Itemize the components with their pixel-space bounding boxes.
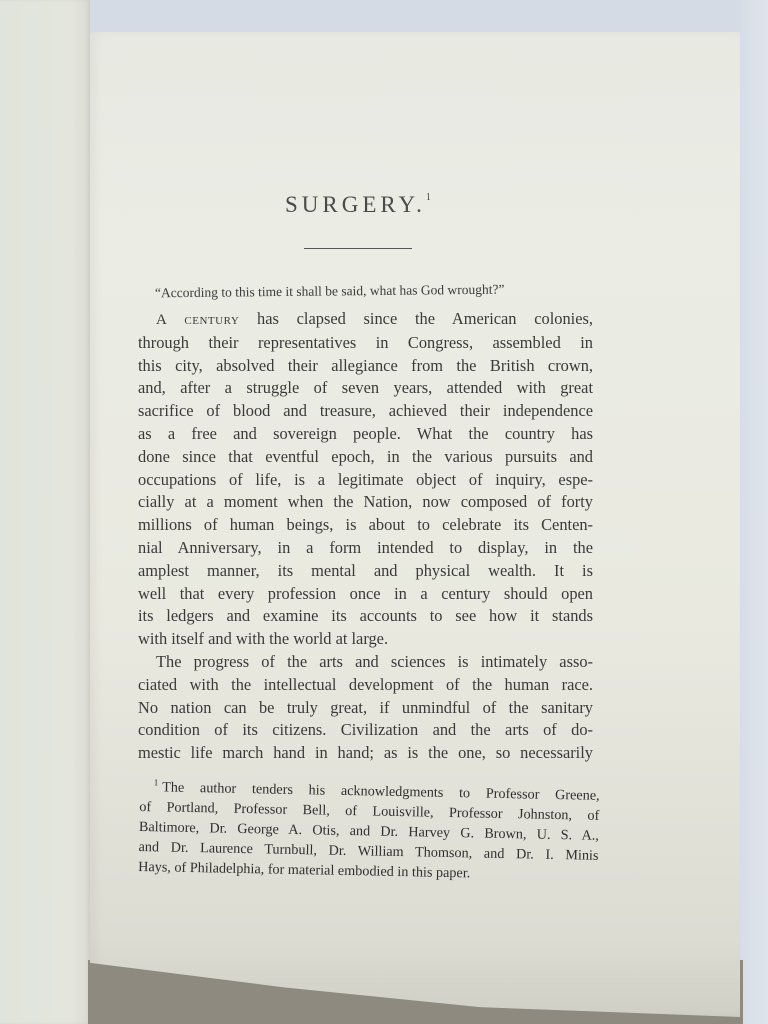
text-line: this city, absolved their allegiance fro… (138, 355, 593, 378)
text-line: cially at a moment when the Nation, now … (138, 491, 593, 514)
text-line: sacrifice of blood and treasure, achieve… (138, 400, 593, 423)
text-line: occupations of life, is a legitimate obj… (138, 469, 593, 492)
backdrop-right (740, 0, 768, 1024)
text-line: millions of human beings, is about to ce… (138, 514, 593, 537)
paragraph-1: A century has clapsed since the American… (138, 308, 593, 651)
chapter-title-text: SURGERY. (285, 192, 426, 217)
text-line: and, after a struggle of seven years, at… (138, 377, 593, 400)
title-rule (304, 248, 412, 249)
text-line: The progress of the arts and sciences is… (138, 651, 593, 674)
text-line: through their representatives in Congres… (138, 332, 593, 355)
text-line: ciated with the intellectual development… (138, 674, 593, 697)
text-line: done since that eventful epoch, in the v… (138, 446, 593, 469)
text-line: amplest manner, its mental and physical … (138, 560, 593, 583)
text-line: well that every profession once in a cen… (138, 583, 593, 606)
text-line: with itself and with the world at large. (138, 628, 593, 651)
footnote: 1The author tenders his acknowledgments … (138, 772, 600, 886)
text-line: mestic life march hand in hand; as is th… (138, 742, 593, 765)
text-line: its ledgers and examine its accounts to … (138, 605, 593, 628)
body-text: A century has clapsed since the American… (138, 308, 593, 765)
footnote-marker: 1 (154, 777, 159, 787)
text-line: condition of its citizens. Civilization … (138, 719, 593, 742)
text-line: No nation can be truly great, if unmindf… (138, 697, 593, 720)
text-line: nial Anniversary, in a form intended to … (138, 537, 593, 560)
chapter-title: SURGERY.1 (285, 192, 431, 218)
paragraph-2: The progress of the arts and sciences is… (138, 651, 593, 765)
text-line: A century has clapsed since the American… (138, 308, 593, 332)
book-cover-left (0, 0, 90, 1024)
text-line: as a free and sovereign people. What the… (138, 423, 593, 446)
lead-small-caps: A century (156, 312, 239, 328)
title-footnote-marker: 1 (426, 192, 431, 203)
